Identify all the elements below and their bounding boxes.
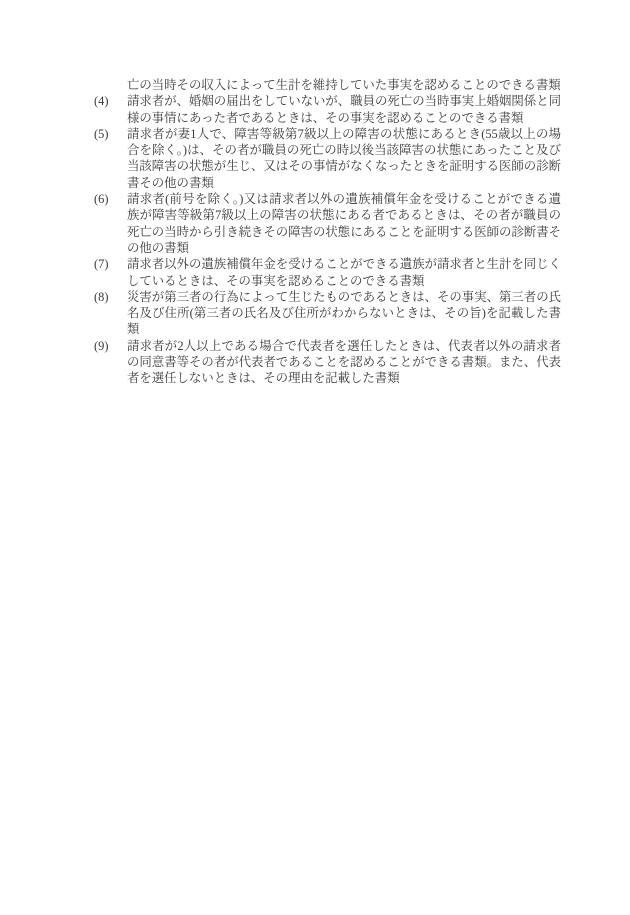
item-text: 請求者以外の遺族補償年金を受けることができる遺族が請求者と生計を同じくしていると… bbox=[127, 257, 561, 287]
item-number: (6) bbox=[94, 191, 108, 207]
item-number: (9) bbox=[94, 338, 108, 354]
item-text: 請求者が妻1人で、障害等級第7級以上の障害の状態にあるとき(55歳以上の場合を除… bbox=[127, 127, 561, 190]
document-page: 亡の当時その収入によって生計を維持していた事実を認めることのできる書類 (4) … bbox=[0, 0, 630, 915]
item-number: (4) bbox=[94, 93, 108, 109]
list-item-5: (5) 請求者が妻1人で、障害等級第7級以上の障害の状態にあるとき(55歳以上の… bbox=[94, 126, 561, 191]
list-item-8: (8) 災害が第三者の行為によって生じたものであるときは、その事実、第三者の氏名… bbox=[94, 289, 561, 338]
item-text: 請求者(前号を除く。)又は請求者以外の遺族補償年金を受けることができる遺族が障害… bbox=[127, 192, 561, 255]
list-item-7: (7) 請求者以外の遺族補償年金を受けることができる遺族が請求者と生計を同じくし… bbox=[94, 256, 561, 289]
list-item-9: (9) 請求者が2人以上である場合で代表者を選任したときは、代表者以外の請求者の… bbox=[94, 338, 561, 387]
item-number: (5) bbox=[94, 126, 108, 142]
item-text: 請求者が、婚姻の届出をしていないが、職員の死亡の当時事実上婚姻関係と同様の事情に… bbox=[127, 94, 561, 124]
item-number: (7) bbox=[94, 256, 108, 272]
list-item-4: (4) 請求者が、婚姻の届出をしていないが、職員の死亡の当時事実上婚姻関係と同様… bbox=[94, 93, 561, 126]
document-text-block: 亡の当時その収入によって生計を維持していた事実を認めることのできる書類 (4) … bbox=[94, 77, 561, 387]
item-text: 請求者が2人以上である場合で代表者を選任したときは、代表者以外の請求者の同意書等… bbox=[127, 339, 561, 386]
item-text: 災害が第三者の行為によって生じたものであるときは、その事実、第三者の氏名及び住所… bbox=[127, 290, 561, 337]
continuation-line: 亡の当時その収入によって生計を維持していた事実を認めることのできる書類 bbox=[94, 77, 561, 93]
list-item-6: (6) 請求者(前号を除く。)又は請求者以外の遺族補償年金を受けることができる遺… bbox=[94, 191, 561, 256]
item-number: (8) bbox=[94, 289, 108, 305]
